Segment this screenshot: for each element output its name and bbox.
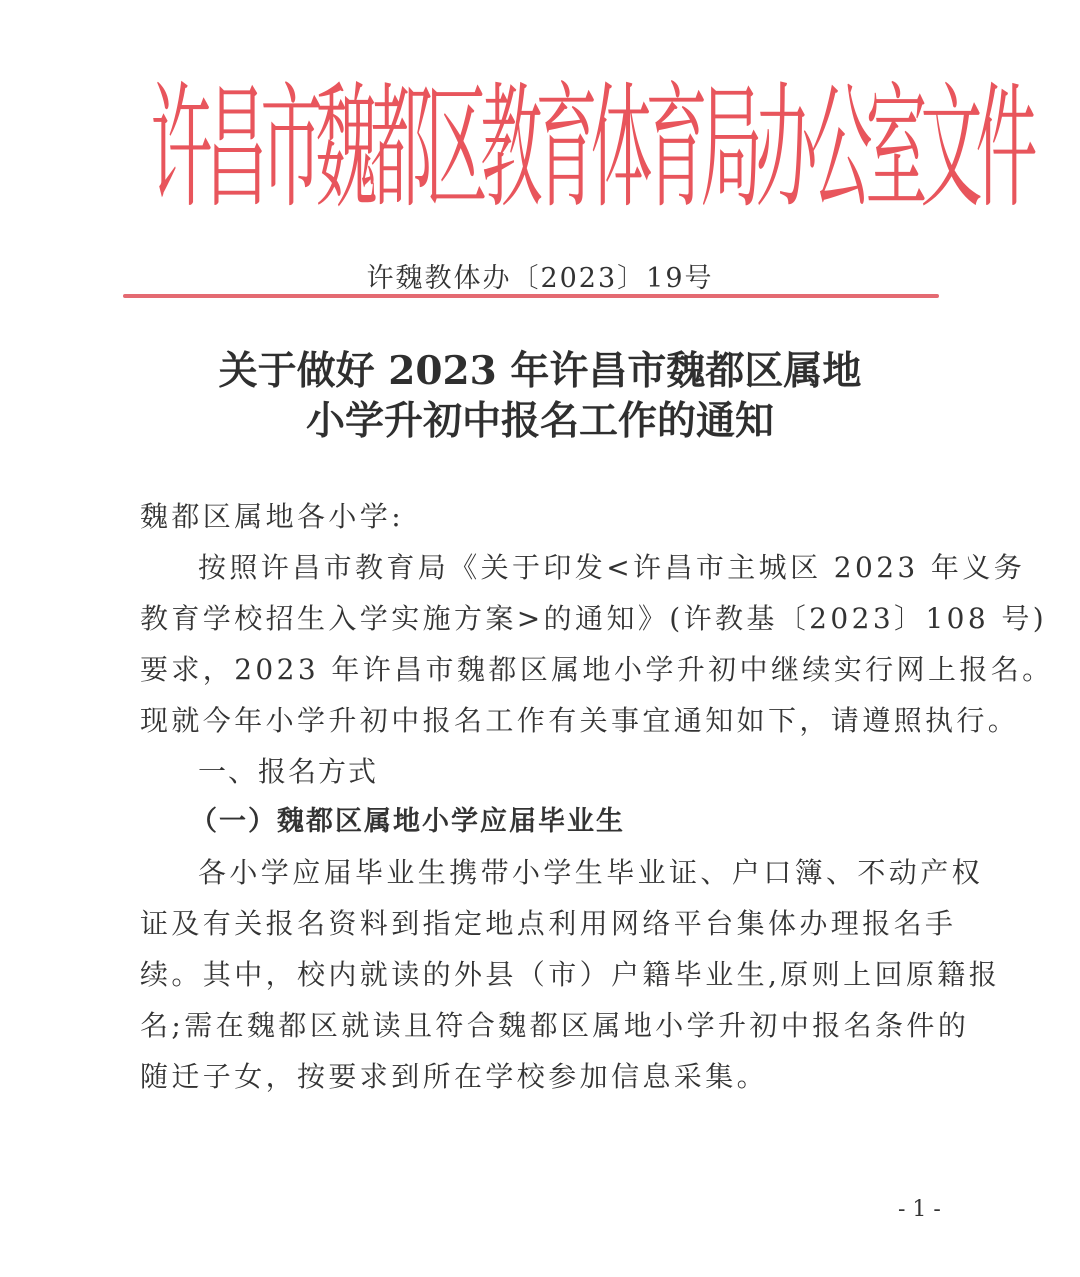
paragraph-line: 名;需在魏都区就读且符合魏都区属地小学升初中报名条件的 xyxy=(140,1004,940,1044)
header-char: 育 xyxy=(645,39,679,233)
header-char: 室 xyxy=(865,39,899,233)
header-char: 区 xyxy=(425,39,459,233)
header-char: 市 xyxy=(260,39,294,233)
salutation: 魏都区属地各小学: xyxy=(140,495,940,535)
paragraph-line: 证及有关报名资料到指定地点利用网络平台集体办理报名手 xyxy=(140,902,940,942)
intro-line: 教育学校招生入学实施方案>的通知》(许教基〔2023〕108 号) xyxy=(140,597,940,637)
paragraph-line: 随迁子女，按要求到所在学校参加信息采集。 xyxy=(140,1055,940,1095)
subsection-heading: （一）魏都区属地小学应届毕业生 xyxy=(190,799,930,838)
header-char: 文 xyxy=(920,39,954,233)
paragraph-line: 续。其中，校内就读的外县（市）户籍毕业生,原则上回原籍报 xyxy=(140,953,940,993)
issuing-authority-header: 许 昌 市 魏 都 区 教 育 体 育 局 办 公 室 文 件 xyxy=(140,42,940,231)
document-title-line-1: 关于做好 2023 年许昌市魏都区属地 xyxy=(0,340,1080,396)
header-char: 昌 xyxy=(205,39,239,233)
header-char: 都 xyxy=(370,39,404,233)
header-char: 局 xyxy=(700,39,734,233)
header-char: 体 xyxy=(590,39,624,233)
header-char: 件 xyxy=(975,39,1009,233)
intro-line: 按照许昌市教育局《关于印发<许昌市主城区 2023 年义务 xyxy=(198,546,938,586)
document-title-line-2: 小学升初中报名工作的通知 xyxy=(0,390,1080,446)
header-char: 许 xyxy=(150,39,184,233)
header-char: 教 xyxy=(480,39,514,233)
document-number: 许魏教体办〔2023〕19号 xyxy=(0,256,1080,295)
section-heading: 一、报名方式 xyxy=(198,750,938,790)
intro-line: 要求，2023 年许昌市魏都区属地小学升初中继续实行网上报名。 xyxy=(140,648,940,688)
header-char: 公 xyxy=(810,39,844,233)
intro-line: 现就今年小学升初中报名工作有关事宜通知如下，请遵照执行。 xyxy=(140,699,940,739)
paragraph-line: 各小学应届毕业生携带小学生毕业证、户口簿、不动产权 xyxy=(198,851,938,891)
header-char: 魏 xyxy=(315,39,349,233)
page-number: - 1 - xyxy=(898,1197,941,1222)
red-divider-line xyxy=(123,294,939,298)
header-char: 育 xyxy=(535,39,569,233)
header-char: 办 xyxy=(755,39,789,233)
